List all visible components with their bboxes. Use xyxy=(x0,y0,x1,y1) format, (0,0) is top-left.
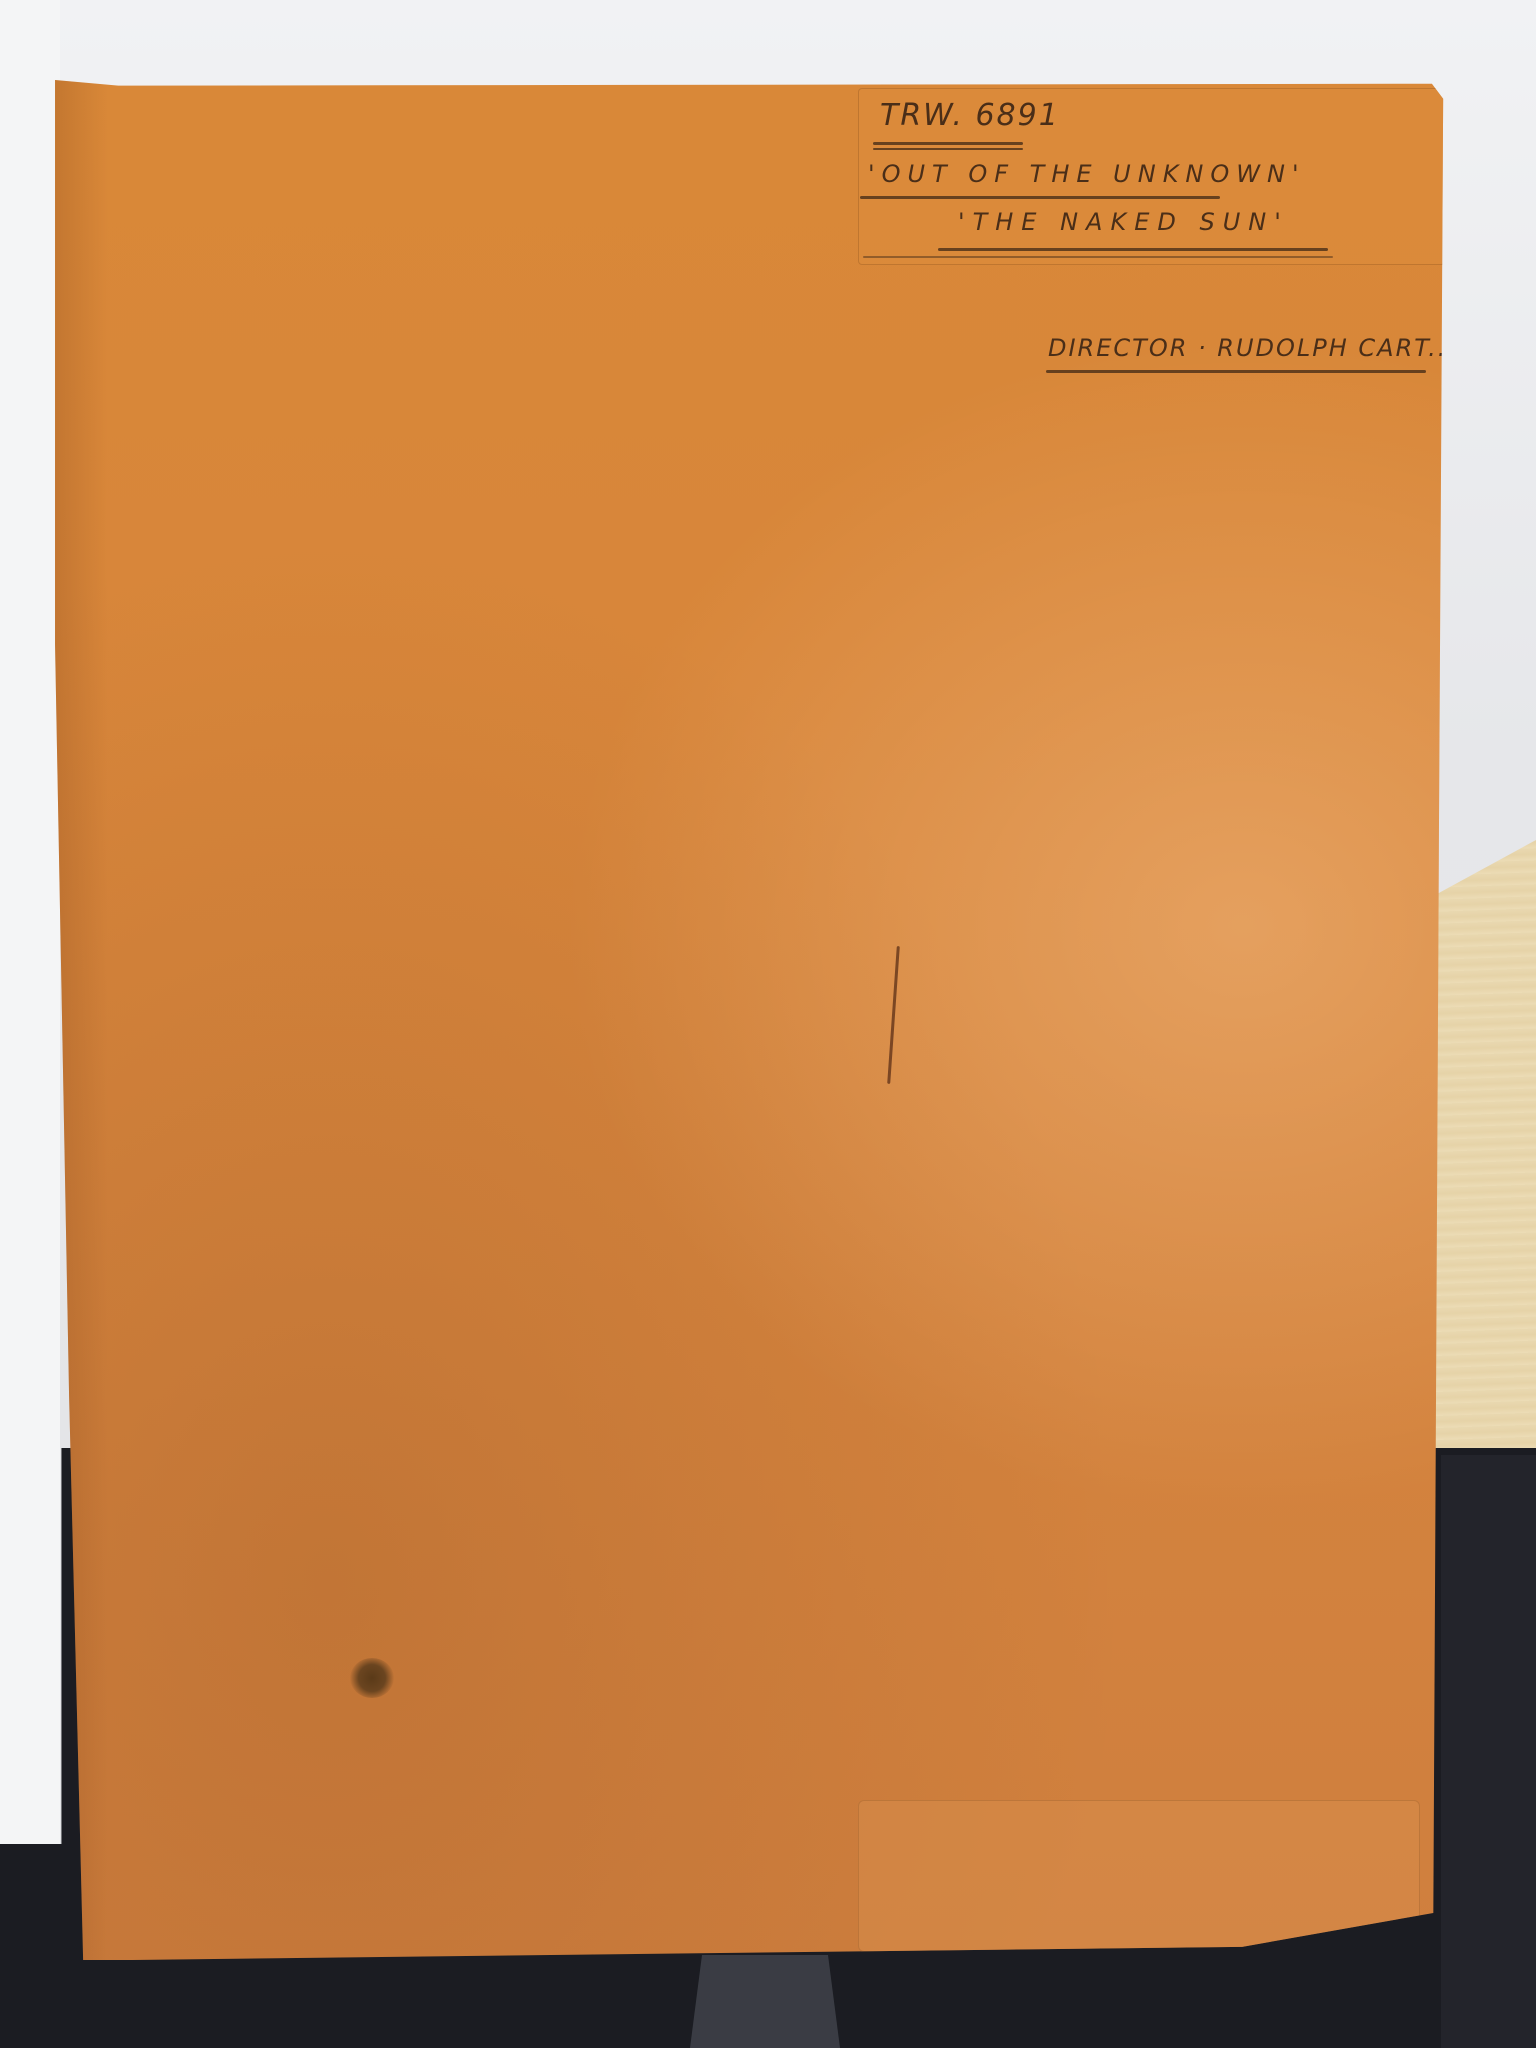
underline xyxy=(863,256,1333,258)
episode-title: 'THE NAKED SUN' xyxy=(958,208,1289,236)
reference-number: TRW. 6891 xyxy=(880,98,1060,133)
stain-mark xyxy=(350,1658,394,1698)
background-floor-gap xyxy=(690,1955,840,2048)
underline xyxy=(873,148,1023,150)
folder-cover: TRW. 6891 'OUT OF THE UNKNOWN' 'THE NAKE… xyxy=(48,80,1453,1960)
series-title: 'OUT OF THE UNKNOWN' xyxy=(868,160,1306,188)
background-white-sheet-edge xyxy=(0,0,60,1880)
underline xyxy=(1046,370,1426,373)
director-credit: DIRECTOR · RUDOLPH CART... xyxy=(1048,334,1457,362)
underline xyxy=(860,196,1220,199)
underline xyxy=(873,142,1023,145)
pencil-mark xyxy=(887,946,900,1084)
background-wooden-table xyxy=(1426,840,1536,1460)
bottom-patch xyxy=(858,1800,1420,1952)
background-dark-floor-right xyxy=(1441,1455,1536,2048)
underline xyxy=(938,248,1328,251)
